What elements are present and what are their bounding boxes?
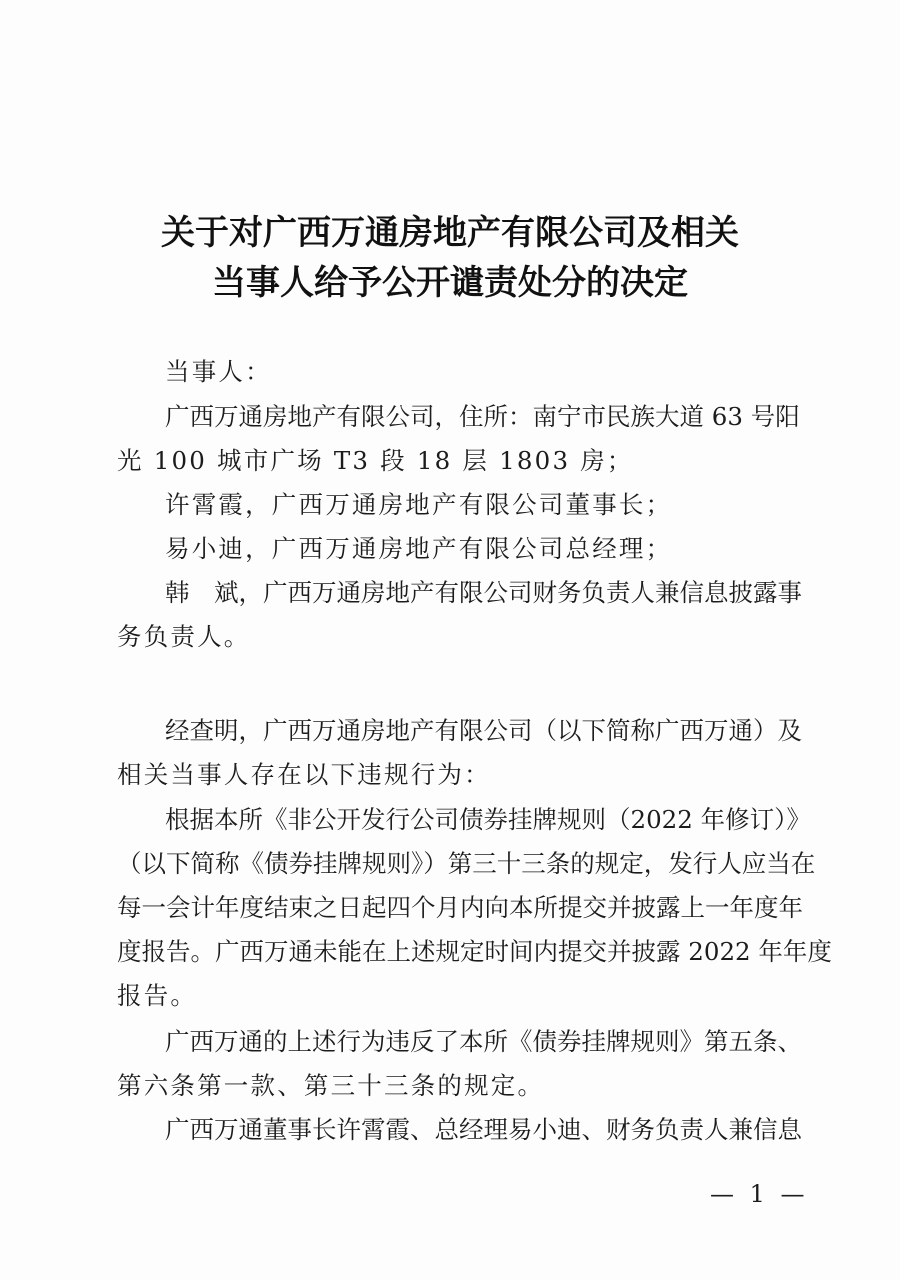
document-page: 关于对广西万通房地产有限公司及相关 当事人给予公开谴责处分的决定 当事人： 广西…: [0, 0, 900, 1280]
page-number: — 1 —: [710, 1180, 809, 1208]
document-title-line-2: 当事人给予公开谴责处分的决定: [0, 255, 900, 304]
rule-para-line-5: 报告。: [117, 981, 797, 1011]
responsible-persons-line-1: 广西万通董事长许霄霞、总经理易小迪、财务负责人兼信息: [165, 1115, 797, 1145]
finding-line-1: 经查明，广西万通房地产有限公司（以下简称广西万通）及: [165, 716, 797, 746]
finding-line-2: 相关当事人存在以下违规行为：: [117, 760, 797, 790]
party-company-line-2: 光 100 城市广场 T3 段 18 层 1803 房；: [117, 446, 797, 476]
rule-para-line-1: 根据本所《非公开发行公司债券挂牌规则（2022 年修订）》: [165, 805, 797, 835]
rule-para-line-2: （以下简称《债券挂牌规则》）第三十三条的规定，发行人应当在: [117, 849, 797, 879]
party-chairman: 许霄霞，广西万通房地产有限公司董事长；: [165, 490, 797, 520]
party-general-manager: 易小迪，广西万通房地产有限公司总经理；: [165, 534, 797, 564]
rule-para-line-4: 度报告。广西万通未能在上述规定时间内提交并披露 2022 年年度: [117, 937, 797, 967]
violation-line-2: 第六条第一款、第三十三条的规定。: [117, 1071, 797, 1101]
violation-line-1: 广西万通的上述行为违反了本所《债券挂牌规则》第五条、: [165, 1027, 797, 1057]
party-company-line-1: 广西万通房地产有限公司，住所：南宁市民族大道 63 号阳: [165, 402, 797, 432]
party-cfo-line-2: 务负责人。: [117, 622, 797, 652]
rule-para-line-3: 每一会计年度结束之日起四个月内向本所提交并披露上一年度年: [117, 893, 797, 923]
parties-heading: 当事人：: [165, 357, 797, 387]
document-title-line-1: 关于对广西万通房地产有限公司及相关: [0, 205, 900, 254]
party-cfo-line-1: 韩 斌，广西万通房地产有限公司财务负责人兼信息披露事: [165, 578, 797, 608]
